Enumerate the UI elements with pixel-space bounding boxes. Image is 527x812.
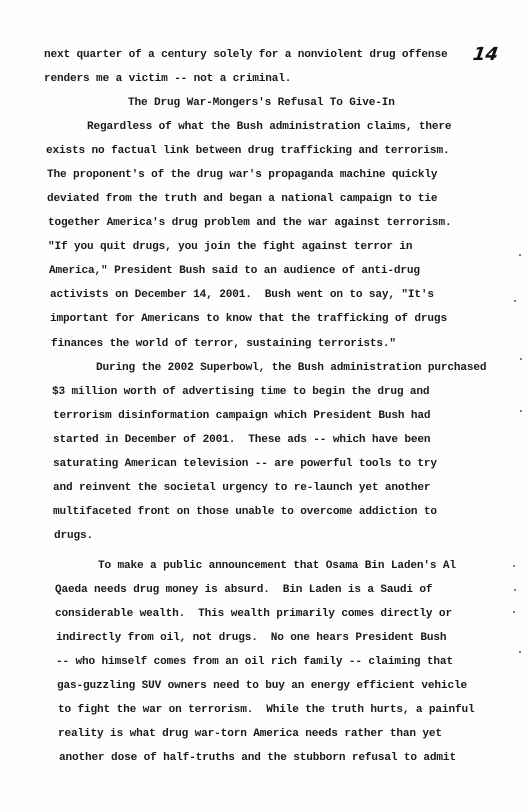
- paragraph-first-line: Regardless of what the Bush administrati…: [87, 120, 451, 134]
- text-line: next quarter of a century solely for a n…: [44, 48, 447, 62]
- text-line: deviated from the truth and began a nati…: [47, 192, 437, 206]
- text-line: finances the world of terror, sustaining…: [51, 337, 396, 351]
- text-line: indirectly from oil, not drugs. No one h…: [56, 631, 446, 645]
- scan-speck: [514, 589, 516, 591]
- scan-speck: [520, 358, 522, 360]
- page-number: 14: [472, 44, 500, 65]
- scan-speck: [513, 611, 515, 613]
- text-line: multifaceted front on those unable to ov…: [53, 505, 437, 519]
- scan-speck: [513, 565, 515, 567]
- scan-speck: [519, 651, 521, 653]
- text-line: Qaeda needs drug money is absurd. Bin La…: [55, 583, 432, 597]
- text-line: started in December of 2001. These ads -…: [53, 433, 430, 447]
- text-line: to fight the war on terrorism. While the…: [58, 703, 474, 717]
- text-line: activists on December 14, 2001. Bush wen…: [50, 288, 434, 302]
- text-line: "If you quit drugs, you join the fight a…: [48, 240, 412, 254]
- text-line: drugs.: [54, 529, 93, 543]
- scan-speck: [519, 254, 521, 256]
- text-line: saturating American television -- are po…: [53, 457, 437, 471]
- text-line: important for Americans to know that the…: [50, 312, 447, 326]
- section-heading: The Drug War-Mongers's Refusal To Give-I…: [128, 96, 395, 110]
- text-line: America," President Bush said to an audi…: [49, 264, 420, 278]
- document-page: 14 next quarter of a century solely for …: [0, 0, 527, 812]
- text-line: another dose of half-truths and the stub…: [59, 751, 456, 765]
- text-line: gas-guzzling SUV owners need to buy an e…: [57, 679, 467, 693]
- text-line: $3 million worth of advertising time to …: [52, 385, 429, 399]
- text-line: terrorism disinformation campaign which …: [53, 409, 430, 423]
- scan-speck: [514, 300, 516, 302]
- text-line: exists no factual link between drug traf…: [46, 144, 449, 158]
- text-line: together America's drug problem and the …: [48, 216, 451, 230]
- text-line: The proponent's of the drug war's propag…: [47, 168, 437, 182]
- text-line: considerable wealth. This wealth primari…: [55, 607, 452, 621]
- text-line: reality is what drug war-torn America ne…: [58, 727, 442, 741]
- paragraph-first-line: To make a public announcement that Osama…: [98, 559, 456, 573]
- text-line: renders me a victim -- not a criminal.: [44, 72, 291, 86]
- text-line: and reinvent the societal urgency to re-…: [53, 481, 430, 495]
- scan-speck: [520, 410, 522, 412]
- paragraph-first-line: During the 2002 Superbowl, the Bush admi…: [96, 361, 486, 375]
- text-line: -- who himself comes from an oil rich fa…: [56, 655, 453, 669]
